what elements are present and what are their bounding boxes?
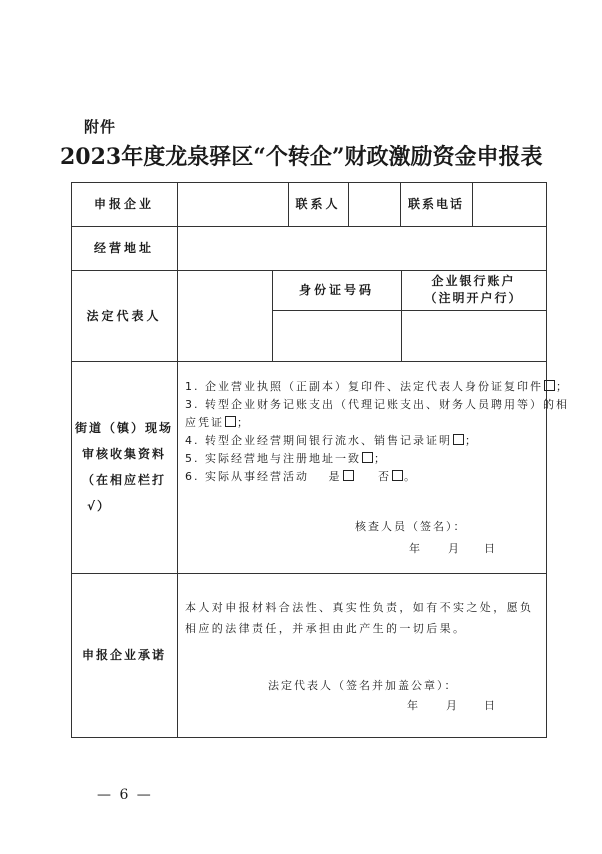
legal-rep-signature-label: 法定代表人（签名并加盖公章）： <box>268 677 458 694</box>
no-option-label: 否 <box>378 470 391 483</box>
company-label: 申报企业 <box>71 182 177 226</box>
id-number-field[interactable] <box>273 311 401 361</box>
phone-label: 联系电话 <box>400 182 472 226</box>
review-item-3-continued: 应凭证； <box>185 414 250 431</box>
page-title: 2023年度龙泉驿区“个转企”财政激励资金申报表 <box>60 140 542 171</box>
checkbox[interactable] <box>453 434 464 445</box>
commitment-label: 申报企业承诺 <box>71 573 177 737</box>
review-item-1: 1. 企业营业执照（正副本）复印件、法定代表人身份证复印件； <box>185 378 569 395</box>
commitment-text-line2: 相应的法律责任，并承担由此产生的一切后果。 <box>185 620 466 637</box>
review-label-line: 街道（镇）现场 <box>75 415 173 441</box>
review-date-month: 月 <box>448 540 461 557</box>
bank-account-label-line2: （注明开户行） <box>424 290 522 307</box>
attachment-label: 附件 <box>84 116 116 137</box>
review-item-3: 3. 转型企业财务记账支出（代理记账支出、财务人员聘用等）的相 <box>185 396 569 413</box>
review-date-day: 日 <box>484 540 497 557</box>
review-item-6: 6. 实际从事经营活动 是 否。 <box>185 468 417 485</box>
page-number: — 6 — <box>97 787 153 803</box>
review-label-line: √） <box>71 493 111 519</box>
review-item-5: 5. 实际经营地与注册地址一致； <box>185 450 387 467</box>
phone-field[interactable] <box>473 183 546 226</box>
review-item-4: 4. 转型企业经营期间银行流水、销售记录证明； <box>185 432 478 449</box>
company-field[interactable] <box>178 183 288 226</box>
review-label: 街道（镇）现场 审核收集资料 （在相应栏打 √） <box>71 361 177 573</box>
commitment-date-year: 年 <box>407 697 420 714</box>
no-checkbox[interactable] <box>392 470 403 481</box>
review-label-line: （在相应栏打 <box>82 467 166 493</box>
contact-field[interactable] <box>349 183 400 226</box>
bank-account-label-line1: 企业银行账户 <box>431 273 515 290</box>
commitment-date-month: 月 <box>446 697 459 714</box>
review-label-line: 审核收集资料 <box>82 441 166 467</box>
contact-label: 联系人 <box>288 182 348 226</box>
checkbox[interactable] <box>544 380 555 391</box>
legal-rep-label: 法定代表人 <box>71 270 177 361</box>
checkbox[interactable] <box>225 416 236 427</box>
table-border-right <box>546 182 547 738</box>
id-number-label: 身份证号码 <box>272 270 401 310</box>
bank-account-label: 企业银行账户 （注明开户行） <box>401 270 546 310</box>
checkbox[interactable] <box>362 452 373 463</box>
address-field[interactable] <box>178 227 546 270</box>
legal-rep-field[interactable] <box>178 271 272 361</box>
yes-checkbox[interactable] <box>343 470 354 481</box>
bank-account-field[interactable] <box>402 311 546 361</box>
commitment-date-day: 日 <box>484 697 497 714</box>
yes-option-label: 是 <box>329 470 342 483</box>
reviewer-signature-label: 核查人员（签名）： <box>355 518 467 535</box>
review-date-year: 年 <box>409 540 422 557</box>
address-label: 经营地址 <box>71 226 177 270</box>
commitment-text-line1: 本人对申报材料合法性、真实性负责，如有不实之处，愿负 <box>185 599 533 616</box>
table-border-bottom <box>71 737 547 738</box>
